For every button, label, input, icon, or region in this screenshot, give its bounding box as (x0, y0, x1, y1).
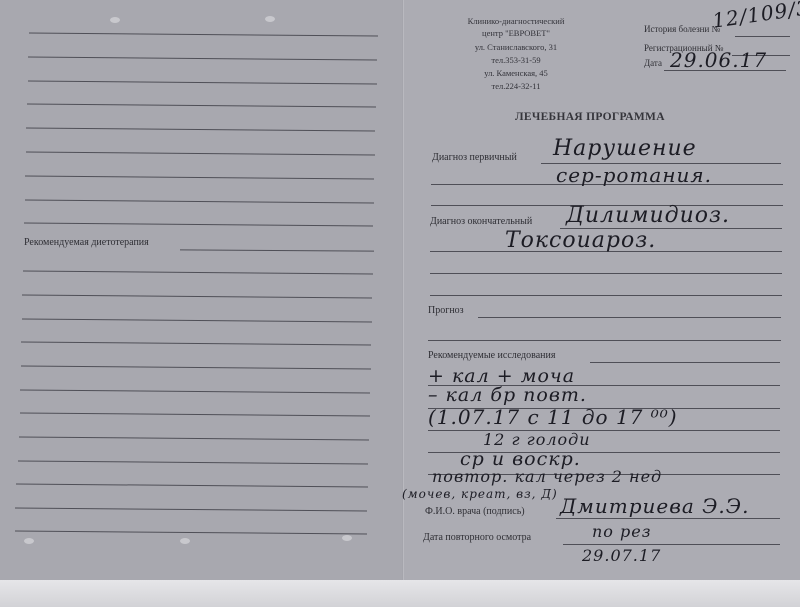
recommended-tests-label: Рекомендуемые исследования (428, 350, 555, 361)
ruled-line (23, 270, 373, 274)
punch-mark (24, 538, 34, 544)
clinic-phone-1: тел.353-31-59 (436, 54, 596, 66)
ruled-line (28, 80, 377, 84)
history-number-field[interactable] (735, 36, 790, 37)
recommended-test-line: 12 г голоди (483, 430, 591, 449)
scanned-document: Рекомендуемая диетотерапия Клинико-диагн… (0, 0, 800, 580)
date-label: Дата (644, 58, 662, 68)
ruled-line (21, 365, 371, 369)
followup-line-2: 29.07.17 (582, 546, 661, 565)
primary-diagnosis-line-2: сер-ротания. (556, 163, 712, 187)
punch-mark (342, 535, 352, 541)
clinic-address-1: ул. Станиславского, 31 (436, 41, 596, 53)
ruled-line (428, 340, 781, 341)
prognosis-label: Прогноз (428, 305, 464, 316)
scan-background (0, 580, 800, 607)
history-number-label: История болезни № (644, 24, 720, 34)
recommended-test-line: – кал бр повт. (428, 384, 587, 406)
doctor-label: Ф.И.О. врача (подпись) (425, 506, 525, 517)
ruled-line (430, 273, 782, 274)
ruled-line (27, 103, 376, 107)
diet-therapy-label: Рекомендуемая диетотерапия (24, 237, 149, 248)
ruled-line (18, 460, 368, 464)
final-diagnosis-line-2: Токсоиароз. (505, 228, 656, 253)
ruled-line (25, 199, 374, 203)
ruled-line (24, 222, 373, 226)
date-value: 29.06.17 (670, 48, 767, 72)
doctor-signature: Дмитриева Э.Э. (560, 494, 749, 518)
ruled-line (28, 56, 377, 60)
recommended-test-line: повтор. кал через 2 нед (432, 467, 662, 486)
ruled-line (22, 294, 372, 298)
primary-diagnosis-label: Диагноз первичный (432, 152, 517, 163)
ruled-line (22, 318, 372, 322)
primary-diagnosis-line-1: Нарушение (553, 136, 697, 161)
punch-mark (110, 17, 120, 23)
ruled-line (26, 127, 375, 131)
followup-line-1: по рез (592, 522, 651, 541)
ruled-line (15, 507, 367, 511)
ruled-line (430, 295, 782, 296)
ruled-line (26, 151, 375, 155)
recommended-tests-field[interactable] (590, 362, 780, 363)
ruled-line (20, 389, 370, 393)
form-title: ЛЕЧЕБНАЯ ПРОГРАММА (515, 111, 665, 123)
ruled-line (25, 175, 374, 179)
prognosis-field[interactable] (478, 317, 781, 318)
doctor-field[interactable] (556, 518, 780, 519)
followup-date-field[interactable] (563, 544, 780, 545)
ruled-line (19, 436, 369, 440)
ruled-line (15, 530, 367, 534)
diet-therapy-field[interactable] (180, 249, 374, 251)
clinic-address-2: ул. Каменская, 45 (436, 67, 596, 79)
final-diagnosis-line-1: Дилимидиоз. (566, 203, 730, 228)
ruled-line (21, 341, 371, 345)
clinic-phone-2: тел.224-32-11 (436, 80, 596, 92)
recommended-test-line: (мочев, креат, вз, Д) (402, 487, 558, 501)
followup-date-label: Дата повторного осмотра (423, 532, 531, 543)
left-page: Рекомендуемая диетотерапия (0, 0, 404, 580)
final-diagnosis-label: Диагноз окончательный (430, 216, 532, 227)
ruled-line (16, 483, 368, 487)
punch-mark (180, 538, 190, 544)
ruled-line (29, 32, 378, 36)
ruled-line (20, 412, 370, 416)
recommended-test-line: (1.07.17 с 11 до 17 ⁰⁰) (428, 405, 678, 429)
clinic-line-1: Клинико-диагностический (436, 15, 596, 27)
punch-mark (265, 16, 275, 22)
ruled-line (428, 430, 780, 431)
clinic-name: центр "ЕВРОВЕТ" (436, 27, 596, 39)
